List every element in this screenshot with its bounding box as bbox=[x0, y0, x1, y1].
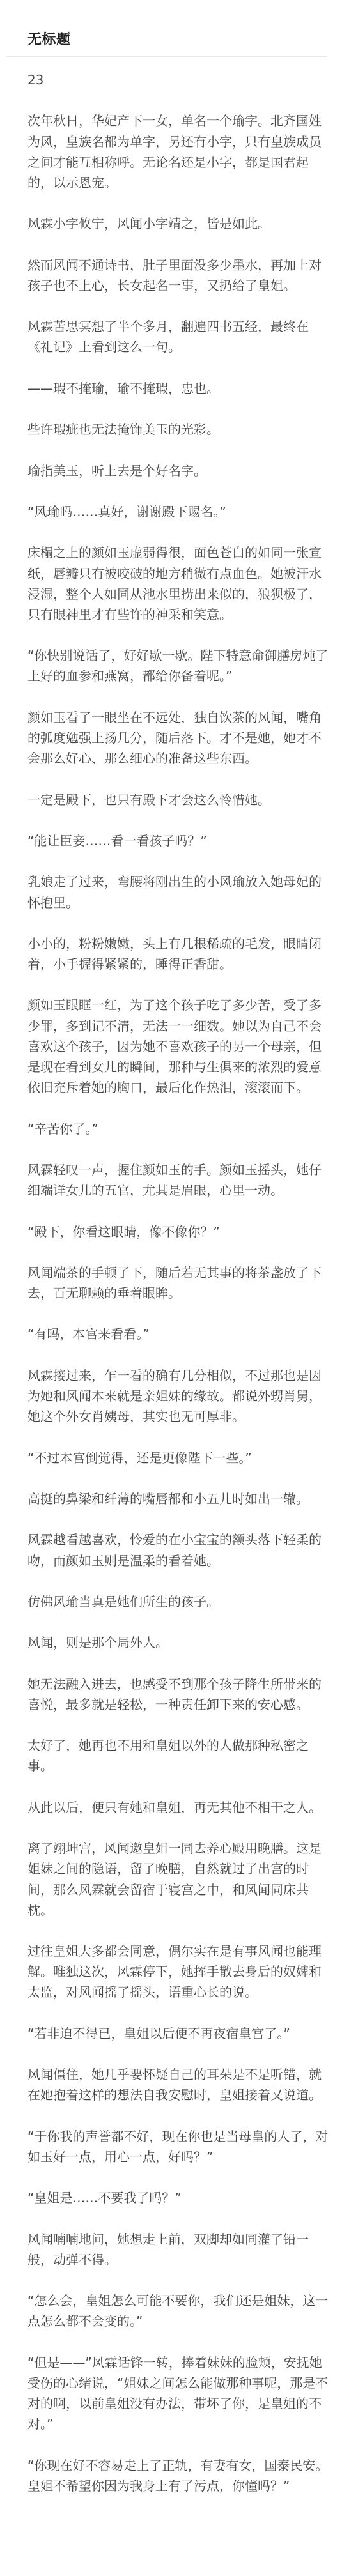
chapter-number: 23 bbox=[27, 70, 309, 90]
header-divider bbox=[6, 56, 327, 57]
text-line: 怀抱里。 bbox=[27, 893, 309, 913]
text-line: 床榻之上的颜如玉虚弱得很，面色苍白的如同一张宣 bbox=[27, 542, 309, 563]
text-line: 浸湿，整个人如同从池水里捞出来似的，狼狈极了， bbox=[27, 584, 309, 604]
paragraph: 风闻僵住，她几乎要怀疑自己的耳朵是不是听错，就在她抱着这样的想法自我安慰时，皇姐… bbox=[27, 2064, 309, 2105]
text-line: 风闻端茶的手顿了下，随后若无其事的将茶盏放了下 bbox=[27, 1262, 309, 1283]
text-line: 之间才能互相称呼。无论名还是小字，都是国君起 bbox=[27, 152, 309, 172]
paragraph: 颜如玉眼眶一红，为了这个孩子吃了多少苦，受了多少罪，多到记不清，无法一一细数。她… bbox=[27, 995, 309, 1098]
text-line: 小小的，粉粉嫩嫩，头上有几根稀疏的毛发，眼睛闭 bbox=[27, 933, 309, 954]
paragraph: 她无法融入进去，也感受不到那个孩子降生所带来的喜悦，最多就是轻松，一种责任卸下来… bbox=[27, 1674, 309, 1715]
text-line: 上好的血参和燕窝，都给你备着呢。” bbox=[27, 666, 309, 686]
paragraph: 次年秋日，华妃产下一女，单名一个瑜字。北齐国姓为风，皇族名都为单字，另还有小字，… bbox=[27, 111, 309, 193]
paragraph: “有吗，本宫来看看。” bbox=[27, 1324, 309, 1344]
text-line: 细端详女儿的五官，尤其是眉眼，心里一动。 bbox=[27, 1180, 309, 1200]
text-line: 间，那么风霖就会留宿于寝宫之中，和风闻同床共 bbox=[27, 1880, 309, 1900]
paragraph: 离了翊坤宫，风闻邀皇姐一同去养心殿用晚膳。这是姐妹之间的隐语，留了晚膳，自然就过… bbox=[27, 1838, 309, 1920]
text-line: “风瑜吗……真好，谢谢殿下赐名。” bbox=[27, 502, 309, 522]
text-line: 从此以后，便只有她和皇姐，再无其他不相干之人。 bbox=[27, 1797, 309, 1818]
text-line: 是现在看到女儿的瞬间，那种与生俱来的浓烈的爱意 bbox=[27, 1057, 309, 1077]
text-line: 些许瑕疵也无法掩饰美玉的光彩。 bbox=[27, 419, 309, 440]
text-line: 事。 bbox=[27, 1756, 309, 1776]
text-line: 在她抱着这样的想法自我安慰时，皇姐接着又说道。 bbox=[27, 2085, 309, 2105]
paragraph: 一定是殿下，也只有殿下才会这么怜惜她。 bbox=[27, 790, 309, 810]
paragraph: 太好了，她再也不用和皇姐以外的人做那种私密之事。 bbox=[27, 1735, 309, 1776]
text-line: 23 bbox=[27, 70, 309, 90]
paragraph: “但是——”风霖话锋一转，捧着妹妹的脸颊，安抚她受伤的心绪说，“姐妹之间怎么能做… bbox=[27, 2352, 309, 2435]
text-line: “殿下，你看这眼睛，像不像你？” bbox=[27, 1222, 309, 1242]
text-line: 颜如玉看了一眼坐在不远处，独自饮茶的风闻，嘴角 bbox=[27, 707, 309, 728]
paragraph: “风瑜吗……真好，谢谢殿下赐名。” bbox=[27, 502, 309, 522]
paragraph: 从此以后，便只有她和皇姐，再无其他不相干之人。 bbox=[27, 1797, 309, 1818]
paragraph: 高挺的鼻梁和纤薄的嘴唇都和小五儿时如出一辙。 bbox=[27, 1489, 309, 1509]
text-line: “于你我的声誉都不好，现在你也是当母皇的人了，对 bbox=[27, 2126, 309, 2147]
text-line: “辛苦你了。” bbox=[27, 1119, 309, 1139]
paragraph: 过往皇姐大多都会同意，偶尔实在是有事风闻也能理解。唯独这次，风霖停下，她挥手散去… bbox=[27, 1941, 309, 2003]
text-line: 会那么好心、那么细心的准备这些东西。 bbox=[27, 748, 309, 769]
paragraph: 风闻，则是那个局外人。 bbox=[27, 1632, 309, 1653]
text-line: 然而风闻不通诗书，肚子里面没多少墨水，再加上对 bbox=[27, 255, 309, 275]
text-line: 风闻僵住，她几乎要怀疑自己的耳朵是不是听错，就 bbox=[27, 2064, 309, 2085]
text-line: 喜欢这个孩子，因为她不喜欢孩子的另一个母亲，但 bbox=[27, 1036, 309, 1057]
paragraph: ——瑕不掩瑜，瑜不掩瑕，忠也。 bbox=[27, 378, 309, 399]
text-line: 解。唯独这次，风霖停下，她挥手散去身后的奴婢和 bbox=[27, 1961, 309, 1982]
text-line: 对。” bbox=[27, 2414, 309, 2434]
text-line: 太好了，她再也不用和皇姐以外的人做那种私密之 bbox=[27, 1735, 309, 1756]
text-line: 少罪，多到记不清，无法一一细数。她以为自己不会 bbox=[27, 1016, 309, 1036]
text-line: “但是——”风霖话锋一转，捧着妹妹的脸颊，安抚她 bbox=[27, 2352, 309, 2373]
text-line: “你现在好不容易走上了正轨，有妻有女，国泰民安。 bbox=[27, 2455, 309, 2476]
text-line: 太监，对风闻摇了摇头，语重心长的说。 bbox=[27, 1982, 309, 2002]
text-line: 如玉好一点，用心一点，好吗？” bbox=[27, 2147, 309, 2167]
text-line: 的弧度勉强上扬几分，随后落下。才不是她，她才不 bbox=[27, 728, 309, 748]
paragraph: “怎么会，皇姐怎么可能不要你，我们还是姐妹，这一点怎么都不会变的。” bbox=[27, 2290, 309, 2331]
text-line: 过往皇姐大多都会同意，偶尔实在是有事风闻也能理 bbox=[27, 1941, 309, 1961]
paragraph: “于你我的声誉都不好，现在你也是当母皇的人了，对如玉好一点，用心一点，好吗？” bbox=[27, 2126, 309, 2167]
text-line: “能让臣妾……看一看孩子吗？” bbox=[27, 831, 309, 851]
paragraph: “你快别说话了，好好歇一歇。陛下特意命御膳房炖了上好的血参和燕窝，都给你备着呢。… bbox=[27, 645, 309, 686]
article-body: 23次年秋日，华妃产下一女，单名一个瑜字。北齐国姓为风，皇族名都为单字，另还有小… bbox=[27, 70, 309, 2517]
paragraph: 颜如玉看了一眼坐在不远处，独自饮茶的风闻，嘴角的弧度勉强上扬几分，随后落下。才不… bbox=[27, 707, 309, 769]
text-line: 为风，皇族名都为单字，另还有小字，只有皇族成员 bbox=[27, 132, 309, 152]
text-line: 离了翊坤宫，风闻邀皇姐一同去养心殿用晚膳。这是 bbox=[27, 1838, 309, 1859]
text-line: 姐妹之间的隐语，留了晚膳，自然就过了出宫的时 bbox=[27, 1859, 309, 1879]
text-line: 高挺的鼻梁和纤薄的嘴唇都和小五儿时如出一辙。 bbox=[27, 1489, 309, 1509]
text-line: 瑜指美玉，听上去是个好名字。 bbox=[27, 461, 309, 481]
paragraph: “殿下，你看这眼睛，像不像你？” bbox=[27, 1222, 309, 1242]
text-line: 着，小手握得紧紧的，睡得正香甜。 bbox=[27, 954, 309, 974]
text-line: 次年秋日，华妃产下一女，单名一个瑜字。北齐国姓 bbox=[27, 111, 309, 131]
paragraph: “你现在好不容易走上了正轨，有妻有女，国泰民安。皇姐不希望你因为我身上有了污点，… bbox=[27, 2455, 309, 2496]
text-line: 风霖越看越喜欢，怜爱的在小宝宝的额头落下轻柔的 bbox=[27, 1529, 309, 1550]
text-line: 她这个外女肖姨母，其实也无可厚非。 bbox=[27, 1406, 309, 1427]
page-title: 无标题 bbox=[27, 31, 71, 50]
paragraph: 然而风闻不通诗书，肚子里面没多少墨水，再加上对孩子也不上心，长女起名一事，又扔给… bbox=[27, 255, 309, 296]
paragraph: “不过本宫倒觉得，还是更像陛下一些。” bbox=[27, 1448, 309, 1468]
text-line: 风霖接过来，乍一看的确有几分相似，不过那也是因 bbox=[27, 1365, 309, 1386]
text-line: 乳娘走了过来，弯腰将刚出生的小风瑜放入她母妃的 bbox=[27, 871, 309, 892]
paragraph: “能让臣妾……看一看孩子吗？” bbox=[27, 831, 309, 851]
text-line: “怎么会，皇姐怎么可能不要你，我们还是姐妹，这一 bbox=[27, 2290, 309, 2311]
paragraph: “若非迫不得已，皇姐以后便不再夜宿皇宫了。” bbox=[27, 2023, 309, 2044]
text-line: 一定是殿下，也只有殿下才会这么怜惜她。 bbox=[27, 790, 309, 810]
paragraph: “皇姐是……不要我了吗？” bbox=[27, 2188, 309, 2208]
text-line: 风霖轻叹一声，握住颜如玉的手。颜如玉摇头，她仔 bbox=[27, 1160, 309, 1180]
paragraph: 风霖小字攸宁，风闻小字靖之，皆是如此。 bbox=[27, 213, 309, 234]
text-line: ——瑕不掩瑜，瑜不掩瑕，忠也。 bbox=[27, 378, 309, 399]
page-header: 无标题 bbox=[0, 0, 358, 57]
text-line: “皇姐是……不要我了吗？” bbox=[27, 2188, 309, 2208]
text-line: 风霖小字攸宁，风闻小字靖之，皆是如此。 bbox=[27, 213, 309, 234]
text-line: 枕。 bbox=[27, 1900, 309, 1920]
text-line: 风闻喃喃地问，她想走上前，双脚却如同灌了铅一 bbox=[27, 2229, 309, 2250]
text-line: 吻，而颜如玉则是温柔的看着她。 bbox=[27, 1551, 309, 1571]
paragraph: 床榻之上的颜如玉虚弱得很，面色苍白的如同一张宣纸，唇瓣只有被咬破的地方稍微有点血… bbox=[27, 542, 309, 625]
text-line: 她无法融入进去，也感受不到那个孩子降生所带来的 bbox=[27, 1674, 309, 1694]
paragraph: 风闻喃喃地问，她想走上前，双脚却如同灌了铅一般，动弹不得。 bbox=[27, 2229, 309, 2270]
text-line: 去，百无聊赖的垂着眼眸。 bbox=[27, 1283, 309, 1303]
text-line: 对的啊，以前皇姐没有办法，带坏了你，是皇姐的不 bbox=[27, 2393, 309, 2414]
text-line: 般，动弹不得。 bbox=[27, 2250, 309, 2270]
paragraph: 些许瑕疵也无法掩饰美玉的光彩。 bbox=[27, 419, 309, 440]
paragraph: 风霖轻叹一声，握住颜如玉的手。颜如玉摇头，她仔细端详女儿的五官，尤其是眉眼，心里… bbox=[27, 1160, 309, 1200]
text-line: 为她和风闻本来就是亲姐妹的缘故。都说外甥肖舅， bbox=[27, 1386, 309, 1406]
text-line: 的，以示恩宠。 bbox=[27, 172, 309, 193]
paragraph: 风闻端茶的手顿了下，随后若无其事的将茶盏放了下去，百无聊赖的垂着眼眸。 bbox=[27, 1262, 309, 1303]
text-line: 仿佛风瑜当真是她们所生的孩子。 bbox=[27, 1591, 309, 1612]
text-line: “有吗，本宫来看看。” bbox=[27, 1324, 309, 1344]
paragraph: 乳娘走了过来，弯腰将刚出生的小风瑜放入她母妃的怀抱里。 bbox=[27, 871, 309, 912]
text-line: 《礼记》上看到这么一句。 bbox=[27, 337, 309, 357]
paragraph: 瑜指美玉，听上去是个好名字。 bbox=[27, 461, 309, 481]
text-line: 皇姐不希望你因为我身上有了污点，你懂吗？” bbox=[27, 2476, 309, 2496]
text-line: 纸，唇瓣只有被咬破的地方稍微有点血色。她被汗水 bbox=[27, 563, 309, 584]
text-line: 点怎么都不会变的。” bbox=[27, 2311, 309, 2331]
paragraph: 风霖接过来，乍一看的确有几分相似，不过那也是因为她和风闻本来就是亲姐妹的缘故。都… bbox=[27, 1365, 309, 1427]
paragraph: 风霖越看越喜欢，怜爱的在小宝宝的额头落下轻柔的吻，而颜如玉则是温柔的看着她。 bbox=[27, 1529, 309, 1570]
text-line: 孩子也不上心，长女起名一事，又扔给了皇姐。 bbox=[27, 275, 309, 296]
paragraph: 仿佛风瑜当真是她们所生的孩子。 bbox=[27, 1591, 309, 1612]
text-line: 颜如玉眼眶一红，为了这个孩子吃了多少苦，受了多 bbox=[27, 995, 309, 1015]
text-line: 只有眼神里才有些许的神采和笑意。 bbox=[27, 604, 309, 625]
text-line: “不过本宫倒觉得，还是更像陛下一些。” bbox=[27, 1448, 309, 1468]
text-line: “你快别说话了，好好歇一歇。陛下特意命御膳房炖了 bbox=[27, 645, 309, 666]
text-line: 风闻，则是那个局外人。 bbox=[27, 1632, 309, 1653]
paragraph: “辛苦你了。” bbox=[27, 1119, 309, 1139]
text-line: 依旧充斥着她的胸口，最后化作热泪，滚滚而下。 bbox=[27, 1077, 309, 1098]
text-line: 喜悦，最多就是轻松，一种责任卸下来的安心感。 bbox=[27, 1694, 309, 1715]
text-line: “若非迫不得已，皇姐以后便不再夜宿皇宫了。” bbox=[27, 2023, 309, 2044]
text-line: 风霖苦思冥想了半个多月，翻遍四书五经，最终在 bbox=[27, 316, 309, 337]
paragraph: 小小的，粉粉嫩嫩，头上有几根稀疏的毛发，眼睛闭着，小手握得紧紧的，睡得正香甜。 bbox=[27, 933, 309, 974]
paragraph: 风霖苦思冥想了半个多月，翻遍四书五经，最终在《礼记》上看到这么一句。 bbox=[27, 316, 309, 357]
text-line: 受伤的心绪说，“姐妹之间怎么能做那种事呢，那是不 bbox=[27, 2373, 309, 2393]
